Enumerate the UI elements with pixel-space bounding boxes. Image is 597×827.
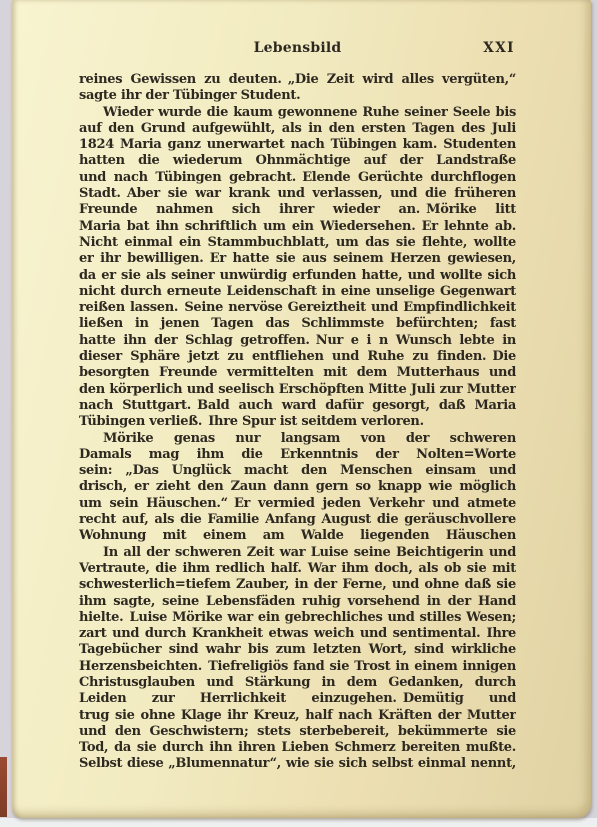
text-line: Maria bat ihn schriftlich um ein Wieders… <box>79 219 516 235</box>
text-line: ihm sagte, seine Lebensfäden ruhig vorse… <box>79 594 516 610</box>
text-line: Stadt. Aber sie war krank und verlassen,… <box>79 186 516 202</box>
text-line: In all der schweren Zeit war Luise seine… <box>79 545 516 561</box>
text-line: sein: „Das Unglück macht den Menschen ei… <box>79 463 516 479</box>
text-line: dieser Sphäre jetzt zu entfliehen und Ru… <box>79 349 516 365</box>
text-line: und nach Tübingen gebracht. Elende Gerüc… <box>79 170 516 186</box>
text-line: drisch, er zieht den Zaun dann gern so k… <box>79 479 516 495</box>
text-line: Christusglauben und Stärkung in dem Geda… <box>79 675 516 691</box>
text-line: sagte ihr der Tübinger Student. <box>79 88 516 104</box>
text-line: trug sie ohne Klage ihr Kreuz, half nach… <box>79 708 516 724</box>
text-line: hatten die wiederum Ohnmächtige auf der … <box>79 153 516 169</box>
text-line: den körperlich und seelisch Erschöpften … <box>79 382 516 398</box>
text-line: hielte. Luise Mörike war ein gebrechlich… <box>79 610 516 626</box>
text-line: da er sie als seiner unwürdig erfunden h… <box>79 268 516 284</box>
text-line: Selbst diese „Blumennatur“, wie sie sich… <box>79 756 516 772</box>
text-line: Leiden zur Herrlichkeit einzugehen. Demü… <box>79 691 516 707</box>
text-line: Wohnung mit einem am Walde liegenden Häu… <box>79 528 516 544</box>
text-line: Freunde nahmen sich ihrer wieder an. Mör… <box>79 202 516 218</box>
text-line: nach Stuttgart. Bald auch ward dafür ges… <box>79 398 516 414</box>
text-line: auf den Grund aufgewühlt, als in den ers… <box>79 121 516 137</box>
text-line: reines Gewissen zu deuten. „Die Zeit wir… <box>79 72 516 88</box>
text-line: und den Geschwistern; stets sterbebereit… <box>79 724 516 740</box>
text-line: schwesterlich=tiefem Zauber, in der Fern… <box>79 577 516 593</box>
book-edge-strip <box>0 757 7 817</box>
text-line: ließen in jenen Tagen das Schlimmste bef… <box>79 316 516 332</box>
text-line: nicht durch erneute Leidenschaft in eine… <box>79 284 516 300</box>
text-line: Wieder wurde die kaum gewonnene Ruhe sei… <box>79 105 516 121</box>
running-header: Lebensbild XXI <box>79 40 516 58</box>
text-column: Lebensbild XXI reines Gewissen zu deuten… <box>79 40 516 773</box>
text-line: Damals mag ihm die Erkenntnis der Nolten… <box>79 447 516 463</box>
text-body: reines Gewissen zu deuten. „Die Zeit wir… <box>79 72 516 773</box>
page-title: Lebensbild <box>79 40 516 56</box>
text-line: Vertraute, die ihm redlich half. War ihm… <box>79 561 516 577</box>
book-page-paper: Lebensbild XXI reines Gewissen zu deuten… <box>12 0 591 818</box>
text-line: reißen lassen. Seine nervöse Gereiztheit… <box>79 300 516 316</box>
text-line: er ihr bewilligen. Er hatte sie aus sein… <box>79 251 516 267</box>
text-line: hatte ihn der Schlag getroffen. Nur e i … <box>79 333 516 349</box>
text-line: Tübingen verließ. Ihre Spur ist seitdem … <box>79 414 516 430</box>
text-line: um sein Häuschen.“ Er vermied jeden Verk… <box>79 496 516 512</box>
text-line: Mörike genas nur langsam von der schwere… <box>79 431 516 447</box>
text-line: zart und durch Krankheit etwas weich und… <box>79 626 516 642</box>
text-line: Nicht einmal ein Stammbuchblatt, um das … <box>79 235 516 251</box>
text-line: Tod, da sie durch ihn ihren Lieben Schme… <box>79 740 516 756</box>
text-line: 1824 Maria ganz unerwartet nach Tübingen… <box>79 137 516 153</box>
page-number: XXI <box>483 40 515 56</box>
text-line: Tagebücher sind wahr bis zum letzten Wor… <box>79 642 516 658</box>
scanner-bed-strip <box>0 818 597 827</box>
text-line: recht auf, als die Familie Anfang August… <box>79 512 516 528</box>
text-line: Herzensbeichten. Tiefreligiös fand sie T… <box>79 659 516 675</box>
text-line: besorgten Freunde vermittelten mit dem M… <box>79 365 516 381</box>
scanned-book-page: Lebensbild XXI reines Gewissen zu deuten… <box>0 0 597 827</box>
